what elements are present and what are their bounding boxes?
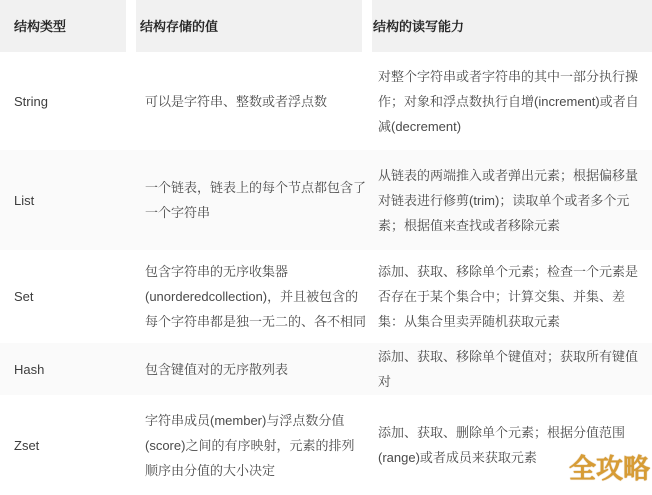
table-row-list: List 一个链表，链表上的每个节点都包含了一个字符串 从链表的两端推入或者弹出… xyxy=(0,150,652,250)
cell-list-capability: 从链表的两端推入或者弹出元素；根据偏移量对链表进行修剪(trim)；读取单个或者… xyxy=(367,150,652,250)
cell-string-type: String xyxy=(0,52,131,150)
cell-hash-value: 包含键值对的无序散列表 xyxy=(131,343,367,395)
header-read-write-capability: 结构的读写能力 xyxy=(367,0,652,52)
cell-list-value: 一个链表，链表上的每个节点都包含了一个字符串 xyxy=(131,150,367,250)
cell-set-value: 包含字符串的无序收集器(unorderedcollection)，并且被包含的每… xyxy=(131,250,367,343)
page-screenshot: 结构类型 结构存储的值 结构的读写能力 String 可以是字符串、整数或者浮点… xyxy=(0,0,652,495)
cell-zset-type: Zset xyxy=(0,395,131,495)
table-row-set: Set 包含字符串的无序收集器(unorderedcollection)，并且被… xyxy=(0,250,652,343)
site-watermark: 全攻略 xyxy=(569,447,650,486)
cell-string-value: 可以是字符串、整数或者浮点数 xyxy=(131,52,367,150)
cell-list-type: List xyxy=(0,150,131,250)
table-row-zset: Zset 字符串成员(member)与浮点数分值(score)之间的有序映射，元… xyxy=(0,395,652,495)
table-row-string: String 可以是字符串、整数或者浮点数 对整个字符串或者字符串的其中一部分执… xyxy=(0,52,652,150)
cell-zset-value: 字符串成员(member)与浮点数分值(score)之间的有序映射，元素的排列顺… xyxy=(131,395,367,495)
redis-structures-table: 结构类型 结构存储的值 结构的读写能力 String 可以是字符串、整数或者浮点… xyxy=(0,0,652,495)
header-stored-value: 结构存储的值 xyxy=(131,0,367,52)
cell-hash-type: Hash xyxy=(0,343,131,395)
cell-hash-capability: 添加、获取、移除单个键值对；获取所有键值对 xyxy=(367,343,652,395)
table-row-hash: Hash 包含键值对的无序散列表 添加、获取、移除单个键值对；获取所有键值对 xyxy=(0,343,652,395)
cell-string-capability: 对整个字符串或者字符串的其中一部分执行操作；对象和浮点数执行自增(increme… xyxy=(367,52,652,150)
cell-set-type: Set xyxy=(0,250,131,343)
header-structure-type: 结构类型 xyxy=(0,0,131,52)
cell-set-capability: 添加、获取、移除单个元素；检查一个元素是否存在于某个集合中；计算交集、并集、差集… xyxy=(367,250,652,343)
table-header-row: 结构类型 结构存储的值 结构的读写能力 xyxy=(0,0,652,52)
